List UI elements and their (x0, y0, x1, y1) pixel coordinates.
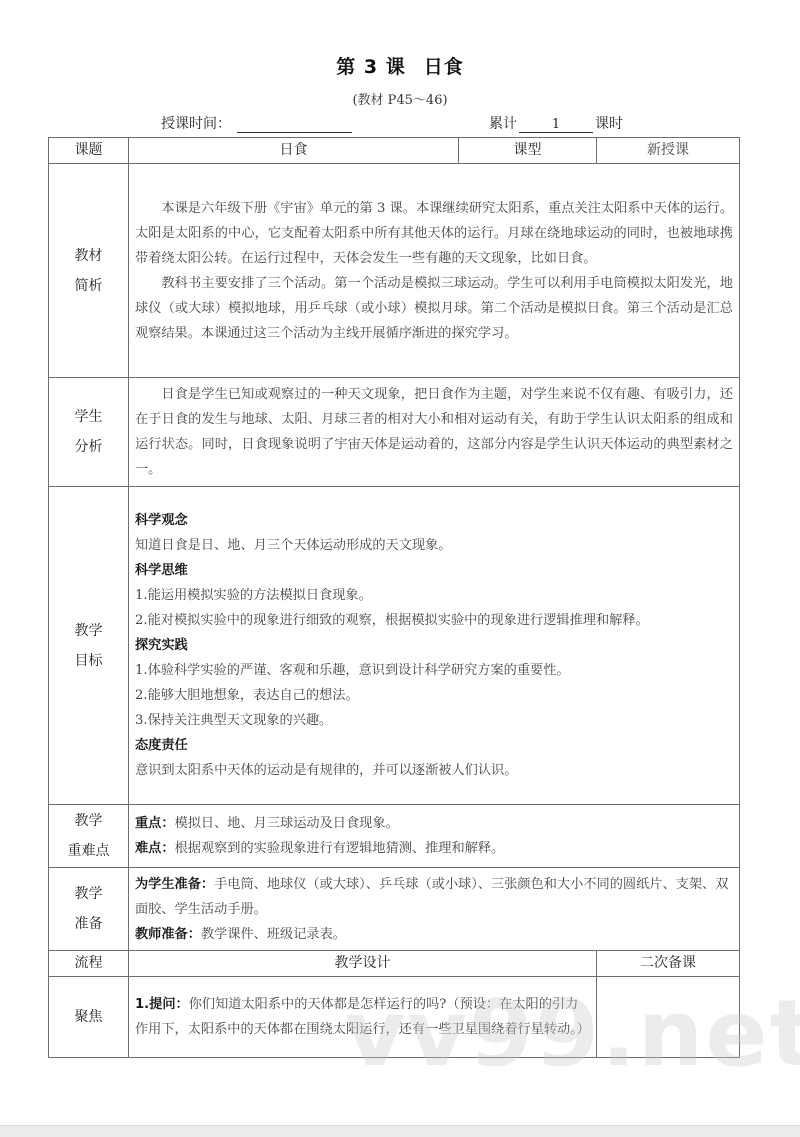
design-header: 教学设计 (129, 951, 597, 977)
objective-item: 2.能够大胆地想象，表达自己的想法。 (135, 683, 733, 708)
objective-item: 1.体验科学实验的严谨、客观和乐趣，意识到设计科学研究方案的重要性。 (135, 658, 733, 683)
type-label: 课型 (459, 138, 597, 164)
objective-item: 2.能对模拟实验中的现象进行细致的观察，根据模拟实验中的现象进行逻辑推理和解释。 (135, 608, 733, 633)
process-header-row: 流程 教学设计 二次备课 (49, 951, 740, 977)
label-line: 教学 (49, 616, 128, 646)
textbook-analysis-row: 教材 简析 本课是六年级下册《宇宙》单元的第 3 课。本课继续研究太阳系，重点关… (49, 164, 740, 378)
objectives-row: 教学 目标 科学观念 知道日食是日、地、月三个天体运动形成的天文现象。 科学思维… (49, 487, 740, 805)
label-line: 学生 (49, 402, 128, 432)
label-line: 简析 (49, 271, 128, 301)
process-prefix: 1.提问： (135, 997, 189, 1012)
key-point: 重点：模拟日、地、月三球运动及日食现象。 (135, 811, 733, 836)
student-preparation-text: 手电筒、地球仪（或大球）、乒乓球（或小球）、三张颜色和大小不同的圆纸片、支架、双… (135, 877, 728, 917)
topic-row: 课题 日食 课型 新授课 (49, 138, 740, 164)
process-row: 聚焦 1.提问：你们知道太阳系中的天体都是怎样运行的吗?（预设：在太阳的引力作用… (49, 977, 740, 1058)
lesson-number: 第 3 课 (336, 56, 405, 78)
label-line: 教材 (49, 241, 128, 271)
document-page: 第 3 课日食 (教材 P45～46) 授课时间： 累计1课时 课题 日食 课型… (0, 0, 800, 1125)
lesson-topic: 日食 (424, 56, 464, 78)
label-line: 准备 (49, 909, 128, 939)
textbook-analysis-content: 本课是六年级下册《宇宙》单元的第 3 课。本课继续研究太阳系，重点关注太阳系中天… (129, 164, 740, 378)
textbook-pages: (教材 P45～46) (0, 89, 800, 108)
student-preparation: 为学生准备：手电筒、地球仪（或大球）、乒乓球（或小球）、三张颜色和大小不同的圆纸… (135, 872, 733, 922)
student-analysis-content: 日食是学生已知或观察过的一种天文现象，把日食作为主题，对学生来说不仅有趣、有吸引… (129, 378, 740, 487)
difficult-point-label: 难点： (135, 841, 175, 856)
topic-label: 课题 (49, 138, 129, 164)
objectives-content: 科学观念 知道日食是日、地、月三个天体运动形成的天文现象。 科学思维 1.能运用… (129, 487, 740, 805)
process-text: 1.提问：你们知道太阳系中的天体都是怎样运行的吗?（预设：在太阳的引力作用下，太… (135, 992, 590, 1042)
paragraph: 教科书主要安排了三个活动。第一个活动是模拟三球运动。学生可以利用手电筒模拟太阳发… (135, 271, 733, 346)
objective-item: 3.保持关注典型天文现象的兴趣。 (135, 708, 733, 733)
label-line: 分析 (49, 432, 128, 462)
student-preparation-label: 为学生准备： (135, 877, 214, 892)
lesson-meta: 授课时间： 累计1课时 (161, 113, 641, 135)
lesson-plan-table: 课题 日食 课型 新授课 教材 简析 本课是六年级下册《宇宙》单元的第 3 课。… (48, 137, 740, 1058)
teacher-preparation-label: 教师准备： (135, 927, 201, 942)
paragraph: 日食是学生已知或观察过的一种天文现象，把日食作为主题，对学生来说不仅有趣、有吸引… (135, 382, 733, 482)
cumulative-hours: 累计1课时 (489, 113, 623, 133)
student-analysis-label: 学生 分析 (49, 378, 129, 487)
process-stage: 聚焦 (49, 977, 129, 1058)
process-design: 1.提问：你们知道太阳系中的天体都是怎样运行的吗?（预设：在太阳的引力作用下，太… (129, 977, 597, 1058)
preparation-content: 为学生准备：手电筒、地球仪（或大球）、乒乓球（或小球）、三张颜色和大小不同的圆纸… (129, 868, 740, 951)
lesson-title: 第 3 课日食 (0, 52, 800, 79)
textbook-analysis-label: 教材 简析 (49, 164, 129, 378)
second-prep-cell[interactable] (597, 977, 740, 1058)
objective-heading: 科学观念 (135, 508, 733, 533)
label-line: 教学 (49, 879, 128, 909)
label-line: 教学 (49, 806, 128, 836)
teaching-time-label: 授课时间： (161, 116, 231, 132)
difficult-point-text: 根据观察到的实验现象进行有逻辑地猜测、推理和解释。 (175, 841, 505, 856)
cumulative-value: 1 (519, 117, 593, 133)
key-point-label: 重点： (135, 816, 175, 831)
topic-value: 日食 (129, 138, 459, 164)
objective-heading: 探究实践 (135, 633, 733, 658)
objective-heading: 科学思维 (135, 558, 733, 583)
cumulative-unit: 课时 (595, 116, 623, 132)
objective-item: 意识到太阳系中天体的运动是有规律的，并可以逐渐被人们认识。 (135, 758, 733, 783)
objective-heading: 态度责任 (135, 733, 733, 758)
label-line: 重难点 (49, 836, 128, 866)
objectives-label: 教学 目标 (49, 487, 129, 805)
key-point-text: 模拟日、地、月三球运动及日食现象。 (175, 816, 399, 831)
difficult-point: 难点：根据观察到的实验现象进行有逻辑地猜测、推理和解释。 (135, 836, 733, 861)
teaching-time-blank (237, 117, 352, 133)
teacher-preparation-text: 教学课件、班级记录表。 (201, 927, 346, 942)
page-edge (0, 1125, 800, 1137)
key-points-label: 教学 重难点 (49, 805, 129, 868)
objective-item: 知道日食是日、地、月三个天体运动形成的天文现象。 (135, 533, 733, 558)
paragraph: 本课是六年级下册《宇宙》单元的第 3 课。本课继续研究太阳系，重点关注太阳系中天… (135, 196, 733, 271)
teaching-time: 授课时间： (161, 113, 352, 133)
teacher-preparation: 教师准备：教学课件、班级记录表。 (135, 922, 733, 947)
key-points-content: 重点：模拟日、地、月三球运动及日食现象。 难点：根据观察到的实验现象进行有逻辑地… (129, 805, 740, 868)
label-line: 目标 (49, 646, 128, 676)
cumulative-label: 累计 (489, 116, 517, 132)
key-points-row: 教学 重难点 重点：模拟日、地、月三球运动及日食现象。 难点：根据观察到的实验现… (49, 805, 740, 868)
process-body: 你们知道太阳系中的天体都是怎样运行的吗?（预设：在太阳的引力作用下，太阳系中的天… (135, 997, 590, 1037)
objective-item: 1.能运用模拟实验的方法模拟日食现象。 (135, 583, 733, 608)
second-prep-header: 二次备课 (597, 951, 740, 977)
student-analysis-row: 学生 分析 日食是学生已知或观察过的一种天文现象，把日食作为主题，对学生来说不仅… (49, 378, 740, 487)
preparation-label: 教学 准备 (49, 868, 129, 951)
preparation-row: 教学 准备 为学生准备：手电筒、地球仪（或大球）、乒乓球（或小球）、三张颜色和大… (49, 868, 740, 951)
type-value: 新授课 (597, 138, 740, 164)
flow-header: 流程 (49, 951, 129, 977)
